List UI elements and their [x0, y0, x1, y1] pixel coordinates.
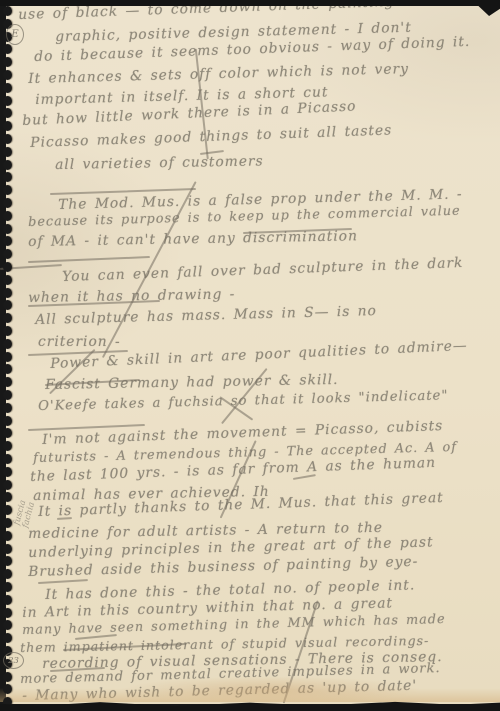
perforation-hole: [3, 582, 12, 592]
perforation-hole: [3, 224, 12, 234]
perforation-hole: [3, 518, 12, 528]
perforation-hole: [3, 70, 12, 80]
perforation-hole: [3, 83, 12, 93]
perforation-hole: [3, 96, 12, 106]
perforation-hole: [3, 339, 12, 349]
circled-margin-mark: E: [6, 24, 24, 45]
perforation-hole: [3, 390, 12, 400]
perforation-hole: [3, 480, 12, 490]
circled-page-number-label: 23: [8, 656, 19, 666]
perforation-hole: [3, 326, 12, 336]
notebook-page-scan: use of black — to come down on the paint…: [0, 0, 500, 711]
torn-edge-stain: [0, 688, 500, 702]
perforation-hole: [3, 467, 12, 477]
perforation-hole: [3, 288, 12, 298]
perforation-hole: [3, 672, 12, 682]
circled-margin-mark-label: E: [11, 29, 18, 40]
perforation-hole: [3, 211, 12, 221]
perforation-hole: [3, 6, 12, 16]
torn-edge-top: [0, 0, 500, 6]
perforation-hole: [3, 262, 12, 272]
perforation-hole: [3, 595, 12, 605]
perforation-hole: [3, 160, 12, 170]
perforation-hole: [3, 608, 12, 618]
perforation-hole: [3, 403, 12, 413]
perforation-hole: [3, 147, 12, 157]
perforation-hole: [3, 454, 12, 464]
perforation-hole: [3, 416, 12, 426]
perforation-hole: [3, 275, 12, 285]
perforation-hole: [3, 134, 12, 144]
circled-page-number: 23: [3, 652, 24, 669]
perforation-hole: [3, 352, 12, 362]
perforation-hole: [3, 198, 12, 208]
